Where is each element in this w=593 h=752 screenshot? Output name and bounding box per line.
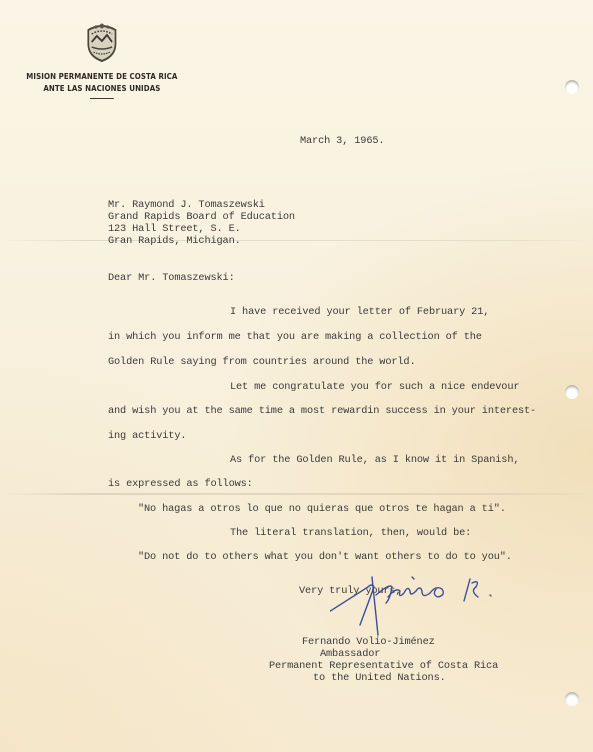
translation-intro: The literal translation, then, would be: bbox=[230, 527, 471, 539]
english-quote: "Do not do to others what you don't want… bbox=[138, 551, 512, 563]
signatory-title: Ambassador bbox=[320, 648, 380, 660]
letter-date: March 3, 1965. bbox=[300, 135, 384, 147]
letterhead-line-2: ANTE LAS NACIONES UNIDAS bbox=[22, 82, 182, 94]
recipient-city: Gran Rapids, Michigan. bbox=[108, 235, 241, 247]
costa-rica-coat-of-arms-icon bbox=[83, 20, 120, 64]
paper-fold bbox=[0, 240, 593, 241]
body-line: is expressed as follows: bbox=[108, 478, 253, 490]
salutation: Dear Mr. Tomaszewski: bbox=[108, 272, 235, 284]
punch-hole-icon bbox=[565, 692, 579, 706]
body-line: ing activity. bbox=[108, 430, 186, 442]
spanish-quote: "No hagas a otros lo que no quieras que … bbox=[138, 503, 506, 515]
recipient-street: 123 Hall Street, S. E. bbox=[108, 223, 241, 235]
signatory-name: Fernando Volio-Jiménez bbox=[302, 636, 435, 648]
letter-page: MISION PERMANENTE DE COSTA RICA ANTE LAS… bbox=[0, 0, 593, 752]
letterhead: MISION PERMANENTE DE COSTA RICA ANTE LAS… bbox=[22, 20, 182, 99]
body-line: in which you inform me that you are maki… bbox=[108, 331, 482, 343]
punch-hole-icon bbox=[565, 385, 579, 399]
letterhead-rule bbox=[90, 98, 114, 99]
punch-hole-icon bbox=[565, 80, 579, 94]
body-line: As for the Golden Rule, as I know it in … bbox=[230, 454, 519, 466]
body-line: and wish you at the same time a most rew… bbox=[108, 405, 536, 417]
body-line: Golden Rule saying from countries around… bbox=[108, 356, 416, 368]
recipient-organization: Grand Rapids Board of Education bbox=[108, 211, 295, 223]
paper-fold bbox=[0, 493, 593, 495]
signatory-role: Permanent Representative of Costa Rica bbox=[269, 660, 498, 672]
signatory-org: to the United Nations. bbox=[313, 672, 446, 684]
body-line: I have received your letter of February … bbox=[230, 306, 489, 318]
body-line: Let me congratulate you for such a nice … bbox=[230, 381, 519, 393]
letterhead-line-1: MISION PERMANENTE DE COSTA RICA bbox=[22, 70, 182, 82]
recipient-name: Mr. Raymond J. Tomaszewski bbox=[108, 199, 265, 211]
